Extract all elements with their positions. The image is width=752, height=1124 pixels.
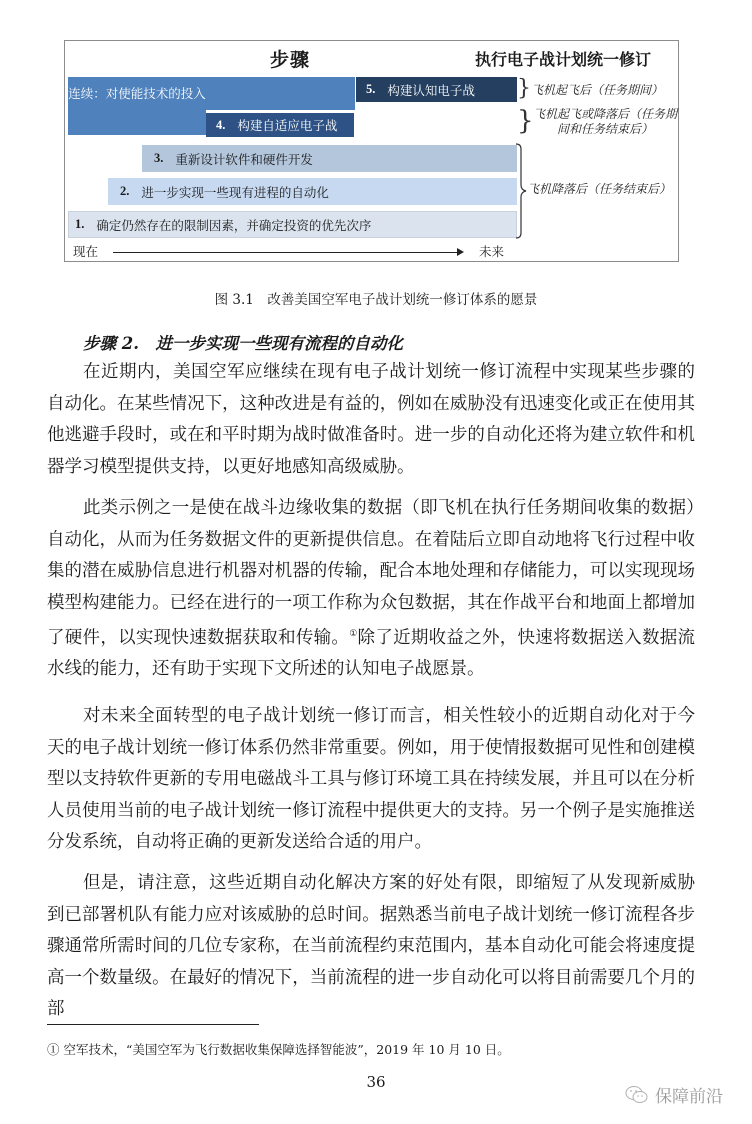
step-number: 4.	[216, 118, 225, 133]
step-number: 3.	[154, 151, 163, 166]
step-1-bar: 1.确定仍然存在的限制因素，并确定投资的优先次序	[68, 211, 517, 238]
paragraph-4: 但是，请注意，这些近期自动化解决方案的好处有限，即缩短了从发现新威胁到已部署机队…	[47, 868, 695, 1026]
step-5-bar: 5.构建认知电子战	[356, 77, 517, 102]
paragraph-3: 对未来全面转型的电子战计划统一修订而言，相关性较小的近期自动化对于今天的电子战计…	[47, 701, 695, 859]
step-label: 确定仍然存在的限制因素，并确定投资的优先次序	[96, 216, 371, 234]
phase-note-during-mission: 飞机起飞后（任务期间）	[531, 83, 663, 98]
figure-diagram: 步骤 执行电子战计划统一修订 连续：对使能技术的投入 5.构建认知电子战 4.构…	[64, 40, 679, 262]
brace-icon: }	[517, 77, 531, 101]
timeline-start-label: 现在	[73, 242, 98, 260]
continuous-investment-bar-lower	[68, 110, 206, 135]
step-label: 构建认知电子战	[387, 81, 475, 99]
section-heading: 步骤 2. 进一步实现一些现有流程的自动化	[83, 330, 403, 354]
phase-note-during-or-after: 飞机起飞或降落后（任务期间和任务结束后）	[531, 107, 679, 137]
step-3-bar: 3.重新设计软件和硬件开发	[142, 145, 517, 172]
phase-note-after-landing: 飞机降落后（任务结束后）	[527, 182, 671, 197]
step-label: 重新设计软件和硬件开发	[175, 150, 313, 168]
timeline-end-label: 未来	[479, 242, 504, 260]
diagram-header-execution: 执行电子战计划统一修订	[475, 47, 651, 70]
step-number: 1.	[75, 217, 84, 232]
step-2-bar: 2.进一步实现一些现有进程的自动化	[108, 178, 517, 205]
step-4-bar: 4.构建自适应电子战	[206, 113, 354, 137]
paragraph-2: 此类示例之一是使在战斗边缘收集的数据（即飞机在执行任务期间收集的数据）自动化，从…	[47, 493, 695, 686]
step-label: 构建自适应电子战	[237, 116, 337, 134]
paragraph-1: 在近期内，美国空军应继续在现有电子战计划统一修订流程中实现某些步骤的自动化。在某…	[47, 357, 695, 483]
step-number: 2.	[120, 184, 129, 199]
watermark: 保障前沿	[625, 1082, 723, 1107]
wechat-icon	[625, 1085, 649, 1105]
watermark-text: 保障前沿	[655, 1082, 723, 1107]
step-label: 进一步实现一些现有进程的自动化	[141, 183, 329, 201]
footnote-ref[interactable]: ①	[349, 629, 357, 639]
footnote-divider	[47, 1024, 259, 1025]
diagram-header-steps: 步骤	[270, 45, 310, 72]
step-number: 5.	[366, 82, 375, 97]
figure-caption: 图 3.1 改善美国空军电子战计划统一修订体系的愿景	[0, 288, 752, 308]
arrow-right-icon	[457, 248, 464, 256]
footnote: ① 空军技术，“美国空军为飞行数据收集保障选择智能波”，2019 年 10 月 …	[47, 1040, 510, 1058]
paragraph-2-text: 此类示例之一是使在战斗边缘收集的数据（即飞机在执行任务期间收集的数据）自动化，从…	[47, 498, 695, 648]
brace-icon	[514, 143, 528, 239]
timeline-arrow-line	[113, 252, 459, 253]
continuous-investment-label: 连续：对使能技术的投入	[68, 85, 206, 103]
